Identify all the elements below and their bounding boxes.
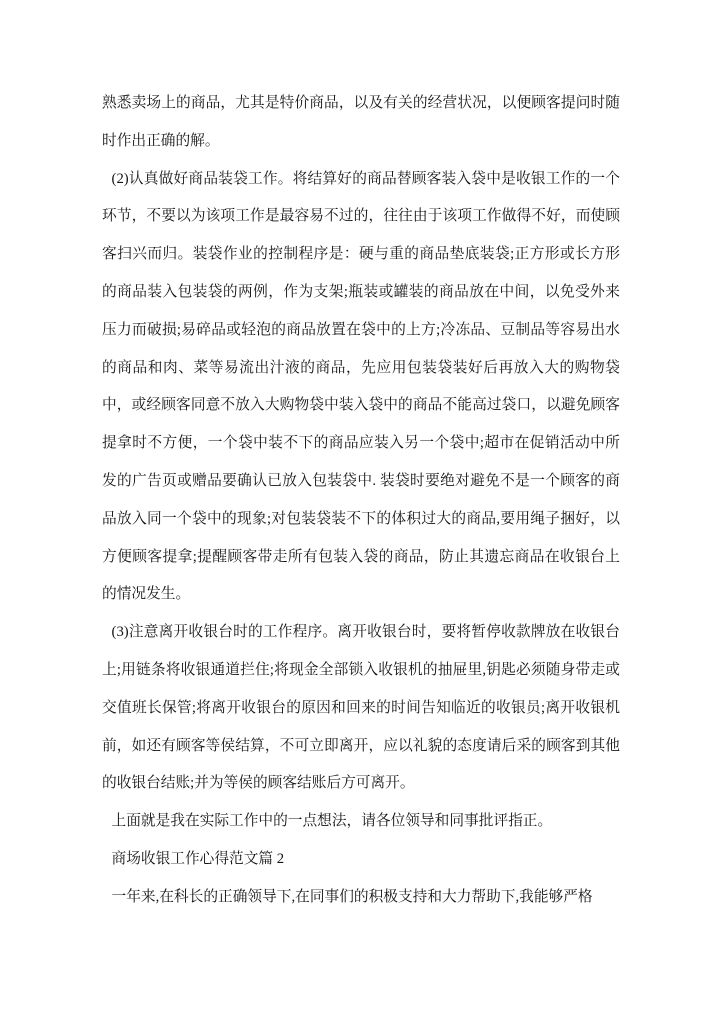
paragraph-continuation: 熟悉卖场上的商品，尤其是特价商品，以及有关的经营状况，以便顾客提问时随时作出正确… <box>102 85 620 161</box>
paragraph-closing-remark: 上面就是我在实际工作中的一点想法，请各位领导和同事批评指正。 <box>102 803 620 841</box>
paragraph-essay-2-opening: 一年来,在科长的正确领导下,在同事们的积极支持和大力帮助下,我能够严格 <box>102 879 620 917</box>
document-content: 熟悉卖场上的商品，尤其是特价商品，以及有关的经营状况，以便顾客提问时随时作出正确… <box>102 85 620 917</box>
paragraph-item-3-leaving-register: (3)注意离开收银台时的工作程序。离开收银台时，要将暂停收款牌放在收银台上;用链… <box>102 614 620 803</box>
document-page: 熟悉卖场上的商品，尤其是特价商品，以及有关的经营状况，以便顾客提问时随时作出正确… <box>0 0 721 1020</box>
section-heading-essay-2: 商场收银工作心得范文篇 2 <box>102 841 620 879</box>
paragraph-item-2-bagging-work: (2)认真做好商品装袋工作。将结算好的商品替顾客装入袋中是收银工作的一个环节，不… <box>102 161 620 615</box>
